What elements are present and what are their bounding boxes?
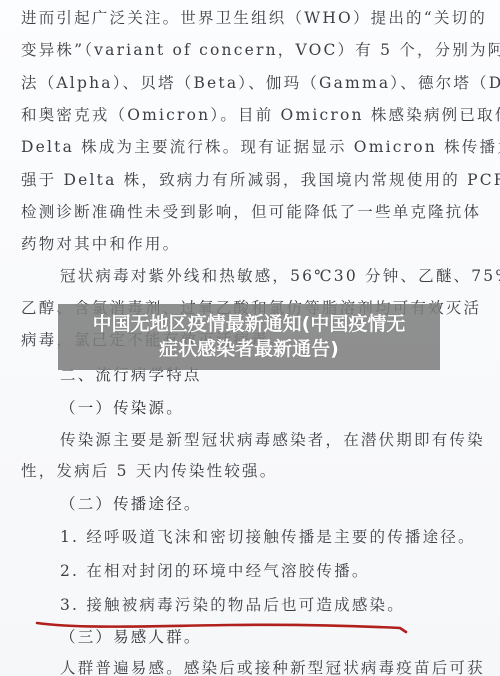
subsection-heading: （二）传播途径。 [60, 494, 202, 514]
paragraph-line: 变异株”（variant of concern，VOC）有 5 个，分别为阿尔 [21, 40, 500, 60]
paragraph-line: 和奥密克戎（Omicron）。目前 Omicron 株感染病例已取代 [21, 105, 500, 125]
paragraph-line: 检测诊断准确性未受到影响，但可能降低了一些单克隆抗体 [21, 202, 481, 222]
title-overlay-banner: 中国无地区疫情最新通知(中国疫情无 症状感染者最新通告) [58, 304, 440, 370]
list-item: 1. 经呼吸道飞沫和密切接触传播是主要的传播途径。 [60, 527, 476, 547]
list-item: 2. 在相对封闭的环境中经气溶胶传播。 [60, 561, 370, 581]
paragraph-line: 进而引起广泛关注。世界卫生组织（WHO）提出的“关切的 [21, 8, 487, 28]
article-title-line-1: 中国无地区疫情最新通知(中国疫情无 [93, 312, 406, 337]
paragraph-line: Delta 株成为主要流行株。现有证据显示 Omicron 株传播力 [21, 137, 500, 157]
paragraph-line: 人群普遍易感。感染后或接种新型冠状病毒疫苗后可获 [60, 658, 485, 676]
paragraph-line: 性，发病后 5 天内传染性较强。 [21, 461, 277, 481]
subsection-heading: （一）传染源。 [60, 398, 184, 418]
list-item: 3. 接触被病毒污染的物品后也可造成感染。 [60, 595, 405, 615]
subsection-heading: （三）易感人群。 [60, 627, 202, 647]
document-page: 进而引起广泛关注。世界卫生组织（WHO）提出的“关切的 变异株”（variant… [0, 0, 500, 676]
article-title: 中国无地区疫情最新通知(中国疫情无 症状感染者最新通告) [58, 304, 440, 370]
paragraph-line: 强于 Delta 株，致病力有所减弱，我国境内常规使用的 PCR [21, 170, 500, 190]
paragraph-line: 药物对其中和作用。 [21, 234, 180, 254]
paragraph-line: 传染源主要是新型冠状病毒感染者，在潜伏期即有传染 [60, 430, 485, 450]
paragraph-line: 法（Alpha）、贝塔（Beta）、伽玛（Gamma）、德尔塔（Delta） [21, 73, 500, 93]
article-title-line-2: 症状感染者最新通告) [159, 337, 339, 362]
paragraph-line: 冠状病毒对紫外线和热敏感，56℃30 分钟、乙醚、75% [60, 266, 500, 286]
